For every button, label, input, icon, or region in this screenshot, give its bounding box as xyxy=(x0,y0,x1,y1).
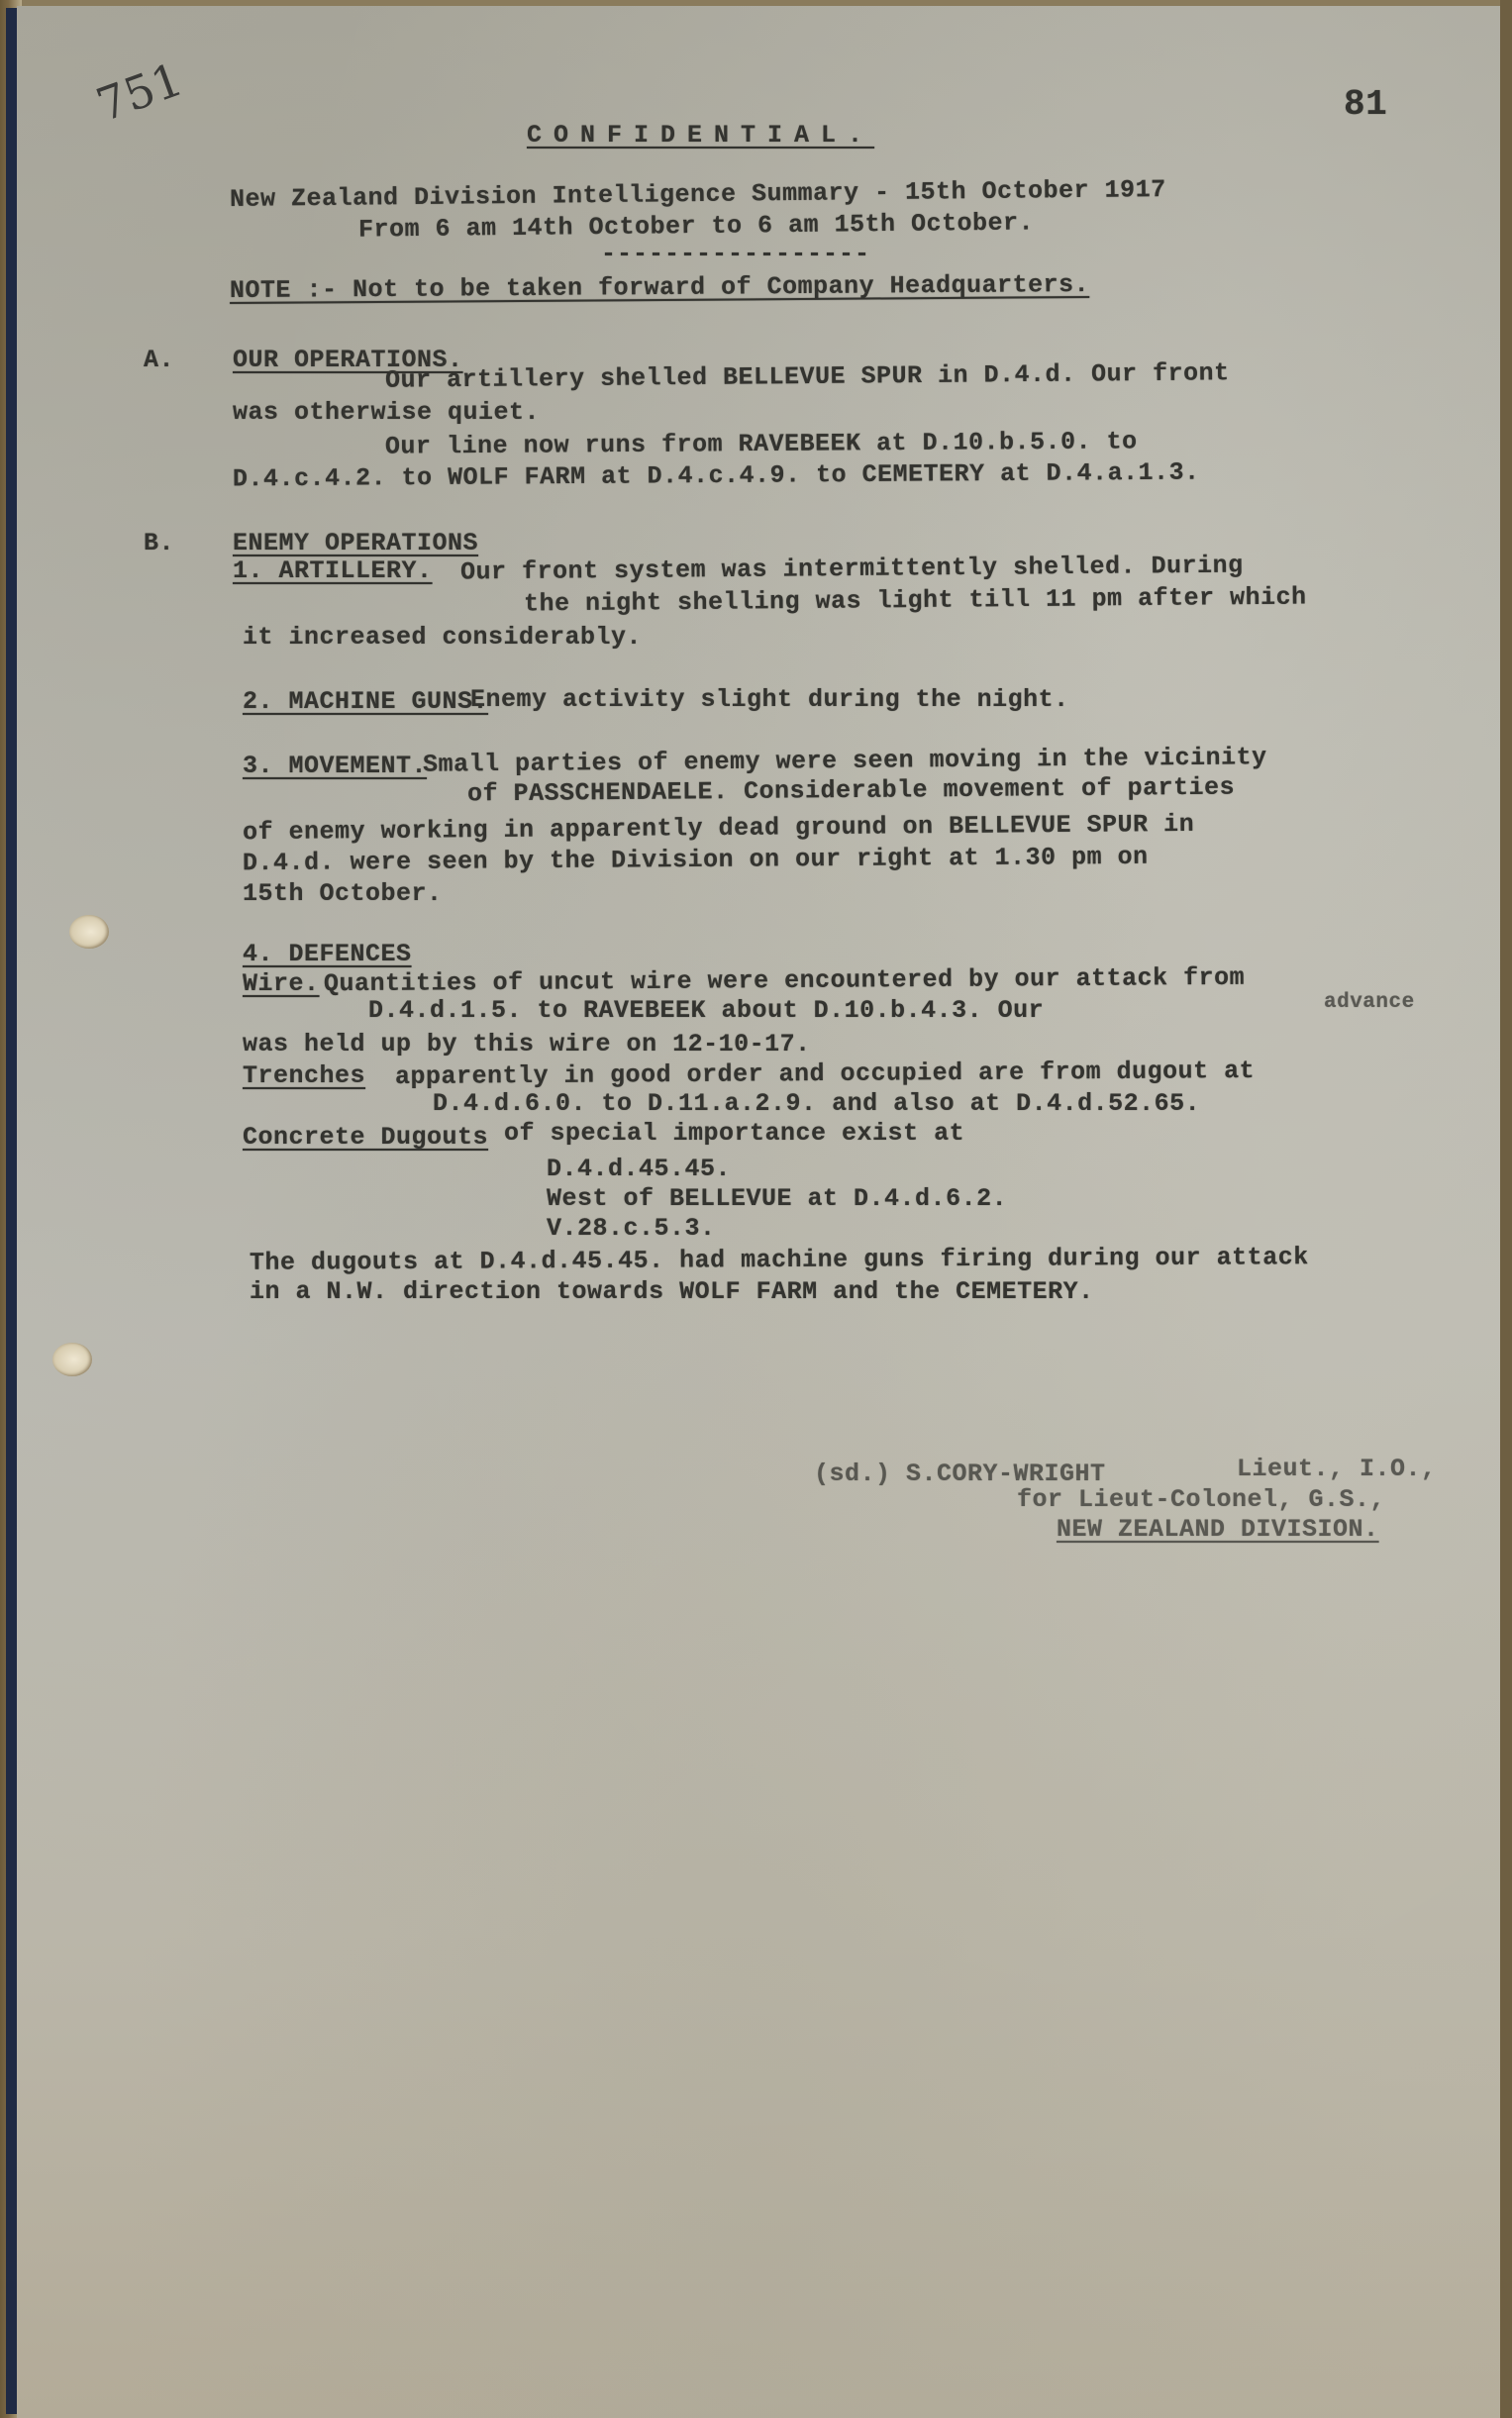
dugout-location: West of BELLEVUE at D.4.d.6.2. xyxy=(547,1186,1007,1211)
section-a-line: was otherwise quiet. xyxy=(233,400,540,425)
artillery-line: it increased considerably. xyxy=(243,625,642,650)
movement-line: Small parties of enemy were seen moving … xyxy=(423,745,1267,776)
document-page: 751 81 CONFIDENTIAL. New Zealand Divisio… xyxy=(17,6,1502,2418)
dugout-location: D.4.d.45.45. xyxy=(547,1157,731,1181)
wire-line: D.4.d.1.5. to RAVEBEEK about D.10.b.4.3.… xyxy=(368,998,1044,1023)
movement-line: 15th October. xyxy=(243,881,443,906)
wire-label: Wire. xyxy=(243,971,320,996)
summary-title: New Zealand Division Intelligence Summar… xyxy=(230,177,1166,212)
page-right-edge xyxy=(1500,0,1512,2418)
trenches-line: D.4.d.6.0. to D.11.a.2.9. and also at D.… xyxy=(433,1091,1200,1116)
classification-heading: CONFIDENTIAL. xyxy=(527,123,874,148)
signature-rank: Lieut., I.O., xyxy=(1237,1457,1437,1481)
movement-line: of PASSCHENDAELE. Considerable movement … xyxy=(467,775,1235,807)
handwritten-folio-number: 751 xyxy=(89,52,189,133)
binder-strip xyxy=(6,8,17,2414)
separator-line: ----------------- xyxy=(601,242,870,266)
section-b-marker: B. xyxy=(144,531,174,555)
trenches-label: Trenches xyxy=(243,1063,365,1088)
distribution-note: NOTE :- Not to be taken forward of Compa… xyxy=(230,272,1089,303)
artillery-line: Our front system was intermittently shel… xyxy=(460,554,1244,585)
dugouts-line: of special importance exist at xyxy=(504,1121,964,1146)
section-a-line: Our artillery shelled BELLEVUE SPUR in D… xyxy=(385,360,1230,392)
dugout-location: V.28.c.5.3. xyxy=(547,1216,716,1241)
section-a-line: D.4.c.4.2. to WOLF FARM at D.4.c.4.9. to… xyxy=(233,460,1200,492)
wire-line: was held up by this wire on 12-10-17. xyxy=(243,1032,811,1057)
signature-name: (sd.) S.CORY-WRIGHT xyxy=(814,1461,1106,1486)
closing-line: in a N.W. direction towards WOLF FARM an… xyxy=(250,1279,1094,1304)
signature-for-line: for Lieut-Colonel, G.S., xyxy=(1017,1487,1385,1512)
wire-inserted-word: advance xyxy=(1324,992,1415,1013)
artillery-line: the night shelling was light till 11 pm … xyxy=(524,585,1307,617)
section-b-title: ENEMY OPERATIONS xyxy=(233,531,478,555)
signature-unit: NEW ZEALAND DIVISION. xyxy=(1057,1517,1379,1542)
trenches-line: apparently in good order and occupied ar… xyxy=(395,1058,1255,1089)
movement-label: 3. MOVEMENT. xyxy=(243,754,427,778)
dugouts-label: Concrete Dugouts xyxy=(243,1125,488,1150)
wire-line: Quantities of uncut wire were encountere… xyxy=(324,965,1245,996)
summary-period: From 6 am 14th October to 6 am 15th Octo… xyxy=(358,210,1034,242)
artillery-label: 1. ARTILLERY. xyxy=(233,558,433,583)
machine-guns-text: Enemy activity slight during the night. xyxy=(470,687,1069,712)
punch-hole-icon xyxy=(69,915,109,949)
punch-hole-icon xyxy=(52,1343,92,1376)
closing-line: The dugouts at D.4.d.45.45. had machine … xyxy=(250,1245,1309,1275)
section-a-marker: A. xyxy=(144,348,174,372)
movement-line: D.4.d. were seen by the Division on our … xyxy=(243,845,1149,875)
page-number: 81 xyxy=(1344,87,1387,123)
movement-line: of enemy working in apparently dead grou… xyxy=(243,812,1194,845)
defences-label: 4. DEFENCES xyxy=(243,942,412,966)
section-a-line: Our line now runs from RAVEBEEK at D.10.… xyxy=(385,429,1138,458)
machine-guns-label: 2. MACHINE GUNS. xyxy=(243,689,488,714)
